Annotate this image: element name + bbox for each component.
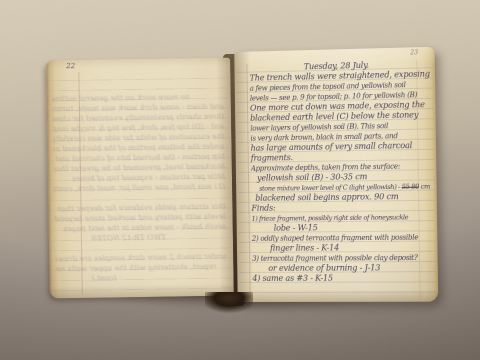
journal-line: 4) same as #3 - K-15 xyxy=(252,273,433,284)
journal-entry: Tuesday, 28 July. The trench walls were … xyxy=(249,59,433,284)
photo-scene: 22 no more work on the general outlinean… xyxy=(0,0,480,360)
page-number-right: 23 xyxy=(410,49,418,56)
bleedthrough-line: TWO TR-12 NOTES xyxy=(55,232,226,245)
notebook-right-page: 23 Tuesday, 28 July. The trench walls we… xyxy=(234,47,438,302)
page-number-left: 22 xyxy=(66,62,75,70)
notebook-left-page: 22 no more work on the general outlinean… xyxy=(46,58,234,299)
journal-line: 3) terracotta fragment with possible cla… xyxy=(252,253,433,264)
spine-bottom-edge xyxy=(205,292,253,316)
journal-line: 2) oddly shaped terracotta fragment with… xyxy=(252,232,433,244)
bleedthrough-line: (1) was found, one small jar, most dark,… xyxy=(54,182,225,195)
bleedthrough-text: no more work on the general outlineand d… xyxy=(53,92,227,285)
journal-line: 1) frieze fragment, possibly right side … xyxy=(252,212,433,224)
